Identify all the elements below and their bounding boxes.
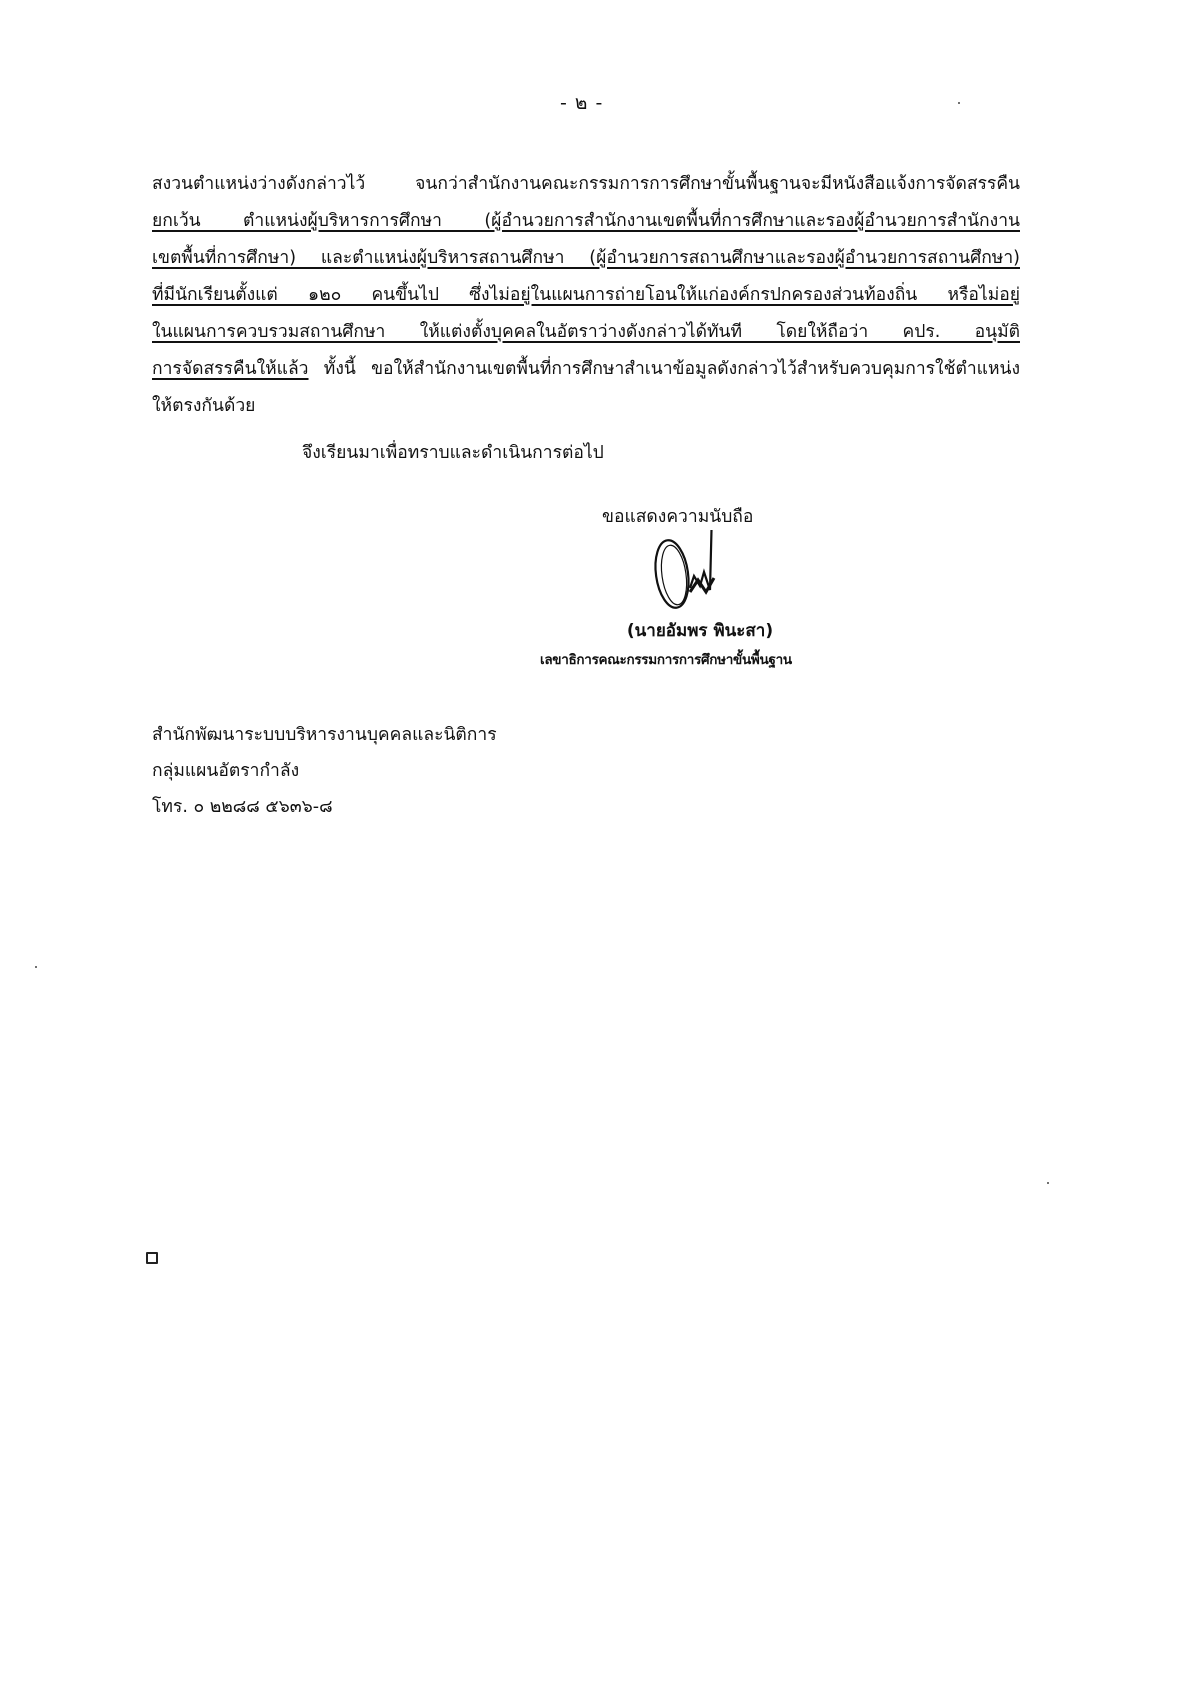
body-line: สงวนตำแหน่งว่างดังกล่าวไว้ จนกว่าสำนักงา…	[152, 172, 1020, 196]
signer-name: (นายอัมพร พินะสา)	[600, 617, 800, 644]
underlined-text: ในแผนการควบรวมสถานศึกษา ให้แต่งตั้งบุคคล…	[152, 322, 1020, 342]
body-text: ทั้งนี้ ขอให้สำนักงานเขตพื้นที่การศึกษาส…	[309, 359, 1020, 379]
scan-speck	[35, 966, 37, 968]
body-line: ที่มีนักเรียนตั้งแต่ ๑๒๐ คนขึ้นไป ซึ่งไม…	[152, 283, 1020, 307]
signer-title: เลขาธิการคณะกรรมการการศึกษาขั้นพื้นฐาน	[540, 648, 792, 670]
scan-mark	[146, 1252, 158, 1264]
scan-speck	[1047, 1182, 1049, 1184]
underlined-text: การจัดสรรคืนให้แล้ว	[152, 359, 309, 379]
body-line: การจัดสรรคืนให้แล้ว ทั้งนี้ ขอให้สำนักงา…	[152, 357, 1020, 381]
underlined-text: ยกเว้น ตำแหน่งผู้บริหารการศึกษา (ผู้อำนว…	[152, 211, 1020, 231]
body-line: ยกเว้น ตำแหน่งผู้บริหารการศึกษา (ผู้อำนว…	[152, 209, 1020, 233]
body-text: ให้ตรงกันด้วย	[152, 396, 255, 416]
closing-line: จึงเรียนมาเพื่อทราบและดำเนินการต่อไป	[302, 438, 604, 466]
regards-line: ขอแสดงความนับถือ	[602, 502, 753, 530]
signature-icon	[640, 530, 750, 620]
footer-group: กลุ่มแผนอัตรากำลัง	[152, 756, 299, 784]
footer-office: สำนักพัฒนาระบบบริหารงานบุคคลและนิติการ	[152, 720, 497, 748]
underlined-text: เขตพื้นที่การศึกษา) และตำแหน่งผู้บริหารส…	[152, 248, 1020, 268]
body-line: ในแผนการควบรวมสถานศึกษา ให้แต่งตั้งบุคคล…	[152, 320, 1020, 344]
page-number: - ๒ -	[560, 88, 603, 118]
footer-phone: โทร. ๐ ๒๒๘๘ ๕๖๓๖-๘	[152, 792, 333, 820]
underlined-text: ที่มีนักเรียนตั้งแต่ ๑๒๐ คนขึ้นไป ซึ่งไม…	[152, 285, 1020, 305]
scan-speck	[958, 102, 960, 104]
body-line: เขตพื้นที่การศึกษา) และตำแหน่งผู้บริหารส…	[152, 246, 1020, 270]
body-line: ให้ตรงกันด้วย	[152, 394, 1020, 418]
body-text: สงวนตำแหน่งว่างดังกล่าวไว้ จนกว่าสำนักงา…	[152, 174, 1020, 194]
